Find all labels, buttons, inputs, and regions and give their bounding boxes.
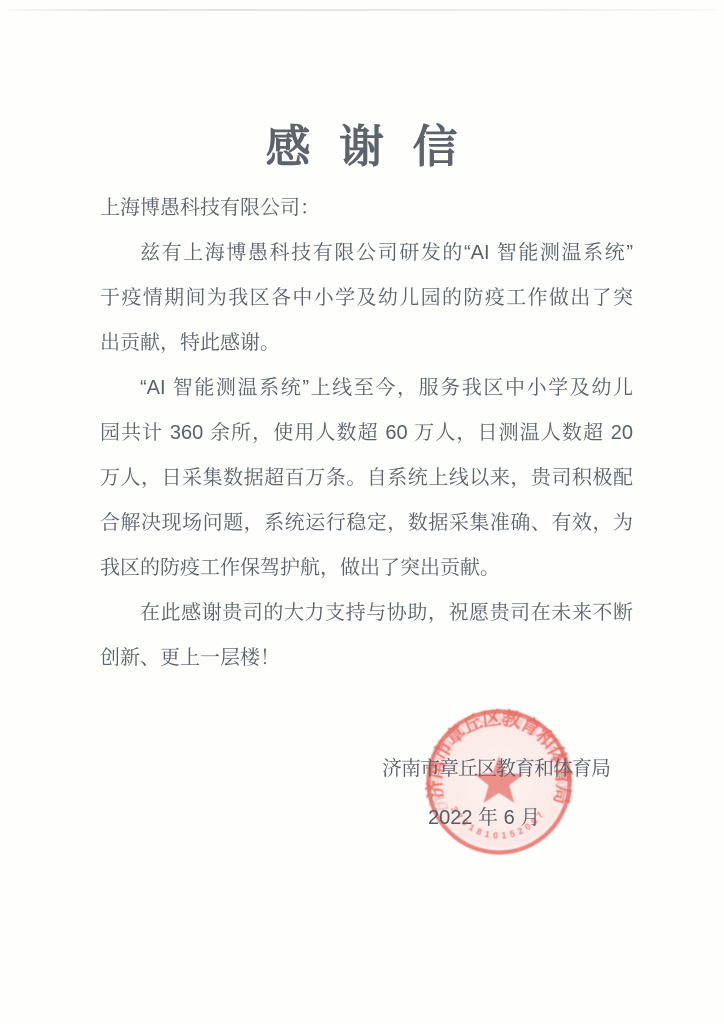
salutation-line: 上海博愚科技有限公司： (100, 186, 633, 231)
letter-body: 上海博愚科技有限公司： 兹有上海博愚科技有限公司研发的“AI 智能测温系统” 于… (100, 186, 633, 681)
letter-title: 感 谢 信 (0, 110, 724, 175)
body-line: 创新、更上一层楼！ (100, 636, 633, 681)
scan-artifact-line (6, 9, 718, 11)
body-line: 在此感谢贵司的大力支持与协助，祝愿贵司在未来不断 (100, 591, 633, 636)
scanned-letter-page: 感 谢 信 上海博愚科技有限公司： 兹有上海博愚科技有限公司研发的“AI 智能测… (0, 0, 724, 1024)
letter-date: 2022 年 6 月 (428, 801, 540, 830)
body-line: 万人，日采集数据超百万条。自系统上线以来，贵司积极配 (100, 456, 633, 501)
body-line: 兹有上海博愚科技有限公司研发的“AI 智能测温系统” (100, 231, 633, 276)
signature-org-name: 济南市章丘区教育和体育局 (382, 752, 610, 781)
official-red-seal: 济南市章丘区教育和体育局 济南市章丘区教育和体育局 3701810152087 (423, 706, 575, 858)
body-line: 我区的防疫工作保驾护航，做出了突出贡献。 (100, 546, 633, 591)
body-line: 于疫情期间为我区各中小学及幼儿园的防疫工作做出了突 (100, 276, 633, 321)
body-line: 出贡献，特此感谢。 (100, 321, 633, 366)
body-line: 园共计 360 余所，使用人数超 60 万人，日测温人数超 20 (100, 411, 633, 456)
body-line: 合解决现场问题，系统运行稳定，数据采集准确、有效，为 (100, 501, 633, 546)
body-line: “AI 智能测温系统”上线至今，服务我区中小学及幼儿 (100, 366, 633, 411)
